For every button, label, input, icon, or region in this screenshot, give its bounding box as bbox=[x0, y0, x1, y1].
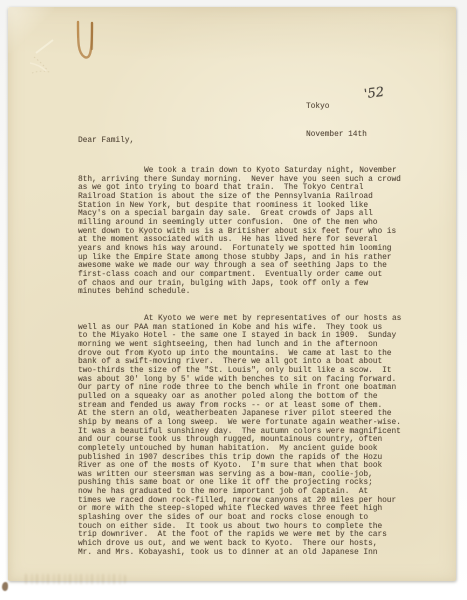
letter-line: pulled on a squeaky oar as another poled… bbox=[78, 393, 401, 402]
letter-line: at the moment associated with us. He has… bbox=[78, 236, 401, 245]
letter-page: Tokyo November 14th '52 Dear Family, We … bbox=[8, 7, 456, 581]
letter-line: published in 1907 describes this trip do… bbox=[78, 454, 401, 463]
letter-line: We took a train down to Kyoto Saturday n… bbox=[78, 167, 401, 176]
letter-line: milling around in seemingly utter confus… bbox=[78, 219, 401, 228]
letter-line: Macy's on a special bargain day sale. Gr… bbox=[78, 210, 401, 219]
letter-line: of chaos and our train, bulging with Jap… bbox=[78, 280, 401, 289]
letter-line: stream and fended us away from rocks -- … bbox=[78, 402, 401, 411]
letter-line: up like the Empire State among those stu… bbox=[78, 254, 401, 263]
paragraph-2: At Kyoto we were met by representatives … bbox=[78, 315, 401, 557]
paragraph-1: We took a train down to Kyoto Saturday n… bbox=[78, 167, 401, 297]
stain-speck bbox=[2, 582, 8, 591]
bleed-through-mark bbox=[22, 574, 126, 584]
letter-line: went down to Kyoto with us is a Britishe… bbox=[78, 228, 401, 237]
header-city: Tokyo bbox=[306, 103, 367, 112]
corner-crease bbox=[8, 7, 54, 53]
letter-line: years and knows his way around. Fortunat… bbox=[78, 245, 401, 254]
letter-line: now he has graduated to the more importa… bbox=[78, 488, 401, 497]
letter-line: River as one of the mosts of Kyoto. I'm … bbox=[78, 462, 401, 471]
letter-line: which drove us out, and we went back to … bbox=[78, 540, 401, 549]
letter-line: trip downriver. At the foot of the rapid… bbox=[78, 531, 401, 540]
letter-line: ship by means of a long sweep. We were f… bbox=[78, 419, 401, 428]
letter-line: or more with the steep-sloped white flec… bbox=[78, 505, 401, 514]
header-date: November 14th bbox=[306, 131, 367, 140]
letter-line: Railroad Station is about the size of th… bbox=[78, 193, 401, 202]
letter-line: two-thirds the size of the "St. Louis", … bbox=[78, 367, 401, 376]
letter-header: Tokyo November 14th bbox=[306, 84, 367, 159]
letter-line: At the stern an old, weatherbeaten Japan… bbox=[78, 410, 401, 419]
letter-line: awesome wake we made our way through a s… bbox=[78, 262, 401, 271]
letter-line: as we got into trying to board that trai… bbox=[78, 184, 401, 193]
letter-line: was about 30' long by 5' wide with bench… bbox=[78, 376, 401, 385]
embossed-scribble bbox=[30, 40, 53, 73]
salutation: Dear Family, bbox=[78, 137, 134, 146]
handwritten-year: '52 bbox=[363, 85, 385, 102]
letter-line: 8th, arriving there Sunday morning. Neve… bbox=[78, 176, 401, 185]
letter-line: bank of a swift-moving river. There we a… bbox=[78, 358, 401, 367]
letter-line: well as our PAA man stationed in Kobe an… bbox=[78, 324, 401, 333]
letter-line: completely untouched by human habitation… bbox=[78, 445, 401, 454]
letter-line: and our course took us through rugged, m… bbox=[78, 436, 401, 445]
letter-line: Station in New York, but despite that ro… bbox=[78, 202, 401, 211]
letter-line: to the Miyako Hotel - the same one I sta… bbox=[78, 332, 401, 341]
scan-background: Tokyo November 14th '52 Dear Family, We … bbox=[0, 0, 467, 600]
letter-line: pushing this same boat or one like it of… bbox=[78, 479, 401, 488]
letter-line: minutes behind schedule. bbox=[78, 288, 401, 297]
letter-line: Our party of nine rode three to the benc… bbox=[78, 384, 401, 393]
letter-line: drove out from Kyoto up into the mountai… bbox=[78, 350, 401, 359]
letter-line: It was a beautiful sunshiney day. The au… bbox=[78, 428, 401, 437]
letter-line: At Kyoto we were met by representatives … bbox=[78, 315, 401, 324]
letter-line: first-class coach and our compartment. E… bbox=[78, 271, 401, 280]
letter-line: morning we went sightseeing, then had lu… bbox=[78, 341, 401, 350]
letter-line: splashing over the sides of our boat and… bbox=[78, 514, 401, 523]
letter-line: Mr. and Mrs. Kobayashi, took us to dinne… bbox=[78, 549, 401, 558]
